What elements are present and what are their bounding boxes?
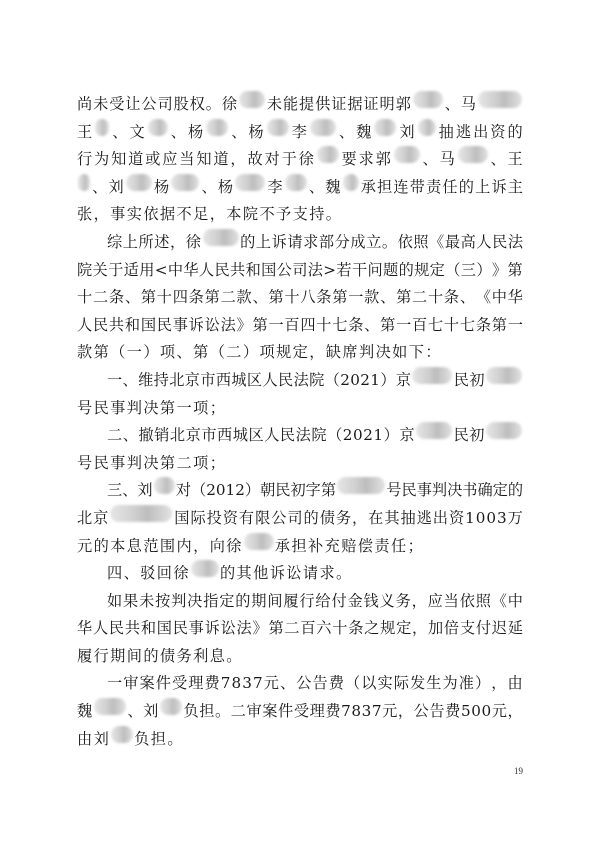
text-char: 民	[278, 367, 293, 395]
redacted-text	[206, 119, 228, 136]
text-char: 撤	[138, 422, 153, 450]
text-char: 理	[310, 698, 325, 726]
text-char: 杨	[218, 174, 233, 202]
text-char: 《	[492, 588, 507, 616]
text-char: 华	[508, 284, 523, 312]
text-char: 定	[219, 588, 234, 616]
text-char: 华	[183, 257, 198, 285]
redacted-text	[154, 477, 175, 494]
text-char: 、	[364, 312, 379, 340]
text-char: 理	[188, 670, 203, 698]
text-char: 3	[497, 505, 507, 533]
text-char: 2	[206, 477, 216, 505]
text-char: 证	[363, 91, 378, 119]
text-char: 十	[332, 615, 347, 643]
text-char: 、	[380, 284, 395, 312]
text-char: 担	[377, 174, 392, 202]
text-char: 0	[486, 505, 496, 533]
text-char: 明	[380, 91, 395, 119]
text-char: 杨	[154, 174, 169, 202]
text-char: 和	[141, 615, 156, 643]
text-char: 十	[157, 284, 172, 312]
redacted-text	[235, 174, 265, 191]
redacted-text	[203, 229, 239, 246]
text-char: 问	[367, 257, 382, 285]
text-char: 条	[109, 284, 124, 312]
redacted-text	[160, 698, 182, 715]
text-char: 市	[200, 367, 215, 395]
text-line: 院关于适用<中华人民共和国公司法>若干问题的规定（三）》第	[77, 257, 523, 285]
text-char: 如	[107, 588, 122, 616]
redacted-text	[110, 505, 172, 522]
text-char: ，	[230, 146, 245, 174]
text-char: 城	[233, 422, 248, 450]
redacted-text	[343, 174, 359, 191]
text-line: 四、驳回徐的其他诉讼请求。	[77, 560, 523, 588]
text-char: 中	[492, 284, 507, 312]
text-char: 出	[433, 505, 448, 533]
text-char: 的	[459, 174, 474, 202]
text-char: 中	[168, 257, 183, 285]
text-char: 徐	[186, 229, 201, 257]
text-char: 5	[461, 698, 471, 726]
text-char: 法	[221, 312, 236, 340]
text-char: 实	[377, 670, 392, 698]
text-char: 一	[107, 367, 122, 395]
text-char: 民	[93, 312, 108, 340]
text-char: 3	[362, 698, 372, 726]
redacted-text	[267, 119, 289, 136]
text-char: 对	[265, 146, 280, 174]
text-char: 条	[316, 284, 331, 312]
text-char: 。	[206, 91, 221, 119]
text-char: 京	[186, 422, 201, 450]
text-char: 诉	[189, 312, 204, 340]
text-char: 一	[268, 312, 283, 340]
text-char: 百	[300, 615, 315, 643]
text-char: 受	[294, 698, 309, 726]
redacted-text	[478, 91, 522, 108]
text-char: 第	[507, 257, 522, 285]
text-char: 国	[157, 615, 172, 643]
text-char: 徐	[299, 146, 314, 174]
text-char: 分	[335, 229, 350, 257]
text-char: 定	[493, 477, 508, 505]
text-line: 三、刘对（2012）朝民初字第号民事判决书确定的	[77, 477, 523, 505]
text-char: 审	[123, 670, 138, 698]
text-segment: 号民事判决第一项；	[77, 395, 226, 423]
text-char: 王	[508, 146, 523, 174]
redacted-text	[458, 146, 488, 163]
text-char: 三	[107, 477, 122, 505]
text-char: 民	[402, 477, 417, 505]
text-char: 尚	[77, 91, 92, 119]
page-number: 19	[514, 766, 523, 776]
text-char: 股	[174, 91, 189, 119]
text-char: 维	[138, 367, 153, 395]
redacted-text	[486, 422, 522, 439]
text-char: 七	[428, 312, 443, 340]
text-char: 一	[107, 670, 122, 698]
text-char: 未	[267, 91, 282, 119]
text-char: >	[323, 257, 336, 285]
text-char: ）	[475, 670, 490, 698]
text-char: 第	[141, 284, 156, 312]
text-char: 《	[476, 284, 491, 312]
text-char: 最	[445, 229, 460, 257]
text-char: 公	[414, 698, 429, 726]
text-char: 二	[412, 284, 427, 312]
text-char: 金	[347, 588, 362, 616]
text-char: 所	[139, 229, 154, 257]
text-char: 民	[214, 257, 229, 285]
text-char: 规	[414, 257, 429, 285]
text-char: 民	[280, 422, 295, 450]
text-char: 一	[396, 312, 411, 340]
text-char: 朝	[260, 477, 275, 505]
text-char: 、	[112, 119, 127, 147]
text-char: 第	[205, 284, 220, 312]
text-line: 一、维持北京市西城区人民法院（2021）京民初	[77, 367, 523, 395]
text-char: 件	[156, 670, 171, 698]
text-char: 逃	[456, 119, 471, 147]
text-char: 资	[223, 505, 238, 533]
text-char: 书	[462, 477, 477, 505]
text-line: 、刘杨、杨李、魏承担连带责任的上诉主	[77, 174, 523, 202]
text-char: 证	[331, 91, 346, 119]
text-char: 8	[231, 670, 241, 698]
text-char: 人	[77, 312, 92, 340]
redacted-text	[148, 119, 168, 136]
text-line: 魏、刘负担。二审案件受理费7837元，公告费500元，	[77, 698, 523, 726]
text-char: 款	[364, 284, 379, 312]
text-char: 加	[428, 615, 443, 643]
text-char: 生	[426, 670, 441, 698]
text-char: 北	[77, 505, 92, 533]
text-char: 文	[129, 119, 144, 147]
text-char: 字	[306, 477, 321, 505]
text-char: 区	[248, 422, 263, 450]
text-char: 共	[230, 257, 245, 285]
text-char: 上	[123, 229, 138, 257]
text-char: 履	[283, 588, 298, 616]
text-char: （	[445, 257, 460, 285]
text-char: 0	[353, 422, 363, 450]
text-line: 人民共和国民事诉讼法》第一百四十七条、第一百七十七条第一	[77, 312, 523, 340]
text-char: 条	[189, 284, 204, 312]
text-char: 1	[373, 422, 383, 450]
text-char: 元	[492, 698, 507, 726]
text-char: 、	[125, 284, 140, 312]
text-char: 十	[444, 312, 459, 340]
text-char: 四	[300, 312, 315, 340]
text-char: 当	[179, 146, 194, 174]
text-char: 际	[190, 505, 205, 533]
text-line: 号民事判决第二项；	[77, 450, 523, 478]
text-line: 王、文、杨、杨李、魏刘抽逃出资的	[77, 119, 523, 147]
text-char: 市	[201, 422, 216, 450]
text-char: 公	[277, 257, 292, 285]
text-char: 京	[399, 422, 414, 450]
text-char: （	[327, 422, 342, 450]
text-char: 魏	[77, 698, 92, 726]
text-line: 十二条、第十四条第二款、第十八条第一款、第二十条、《中华	[77, 284, 523, 312]
text-char: 百	[412, 312, 427, 340]
text-char: 、	[92, 174, 107, 202]
redacted-text	[126, 174, 152, 191]
text-line: 张，事实依据不足，本院不予支持。	[77, 201, 523, 229]
text-char: 西	[217, 422, 232, 450]
text-segment: 负担。	[134, 726, 184, 754]
text-char: 受	[109, 91, 124, 119]
text-char: 的	[508, 477, 523, 505]
text-char: 责	[426, 174, 441, 202]
text-char: 十	[77, 284, 92, 312]
text-char: 持	[154, 367, 169, 395]
text-char: 十	[284, 284, 299, 312]
text-char: 刘	[143, 698, 158, 726]
text-char: 西	[216, 367, 231, 395]
text-char: 郭	[376, 146, 391, 174]
redacted-text	[78, 174, 90, 191]
redacted-text	[244, 533, 274, 550]
text-char: 确	[477, 477, 492, 505]
text-char: 第	[396, 284, 411, 312]
text-segment: 由刘	[77, 726, 110, 754]
text-char: 1	[370, 367, 380, 395]
text-char: 城	[231, 367, 246, 395]
text-char: 2	[363, 422, 373, 450]
redacted-text	[374, 119, 396, 136]
text-char: 十	[316, 312, 331, 340]
text-char: 请	[287, 229, 302, 257]
text-char: 供	[315, 91, 330, 119]
text-char: 京	[396, 367, 411, 395]
text-char: 行	[77, 146, 92, 174]
text-char: 付	[331, 588, 346, 616]
text-char: 故	[247, 146, 262, 174]
text-char: 京	[185, 367, 200, 395]
text-char: 。	[382, 229, 397, 257]
redacted-text	[285, 174, 307, 191]
text-char: 定	[430, 257, 445, 285]
text-char: 于	[108, 257, 123, 285]
text-char: 指	[203, 588, 218, 616]
text-char: 间	[267, 588, 282, 616]
text-line: 尚未受让公司股权。徐未能提供证据证明郭、马	[77, 91, 523, 119]
text-char: 关	[93, 257, 108, 285]
text-char: 三	[461, 257, 476, 285]
text-char: 抽	[400, 505, 415, 533]
text-char: 未	[139, 588, 154, 616]
text-char: 未	[93, 91, 108, 119]
text-char: 共	[125, 615, 140, 643]
text-char: 8	[351, 698, 361, 726]
text-char: 给	[315, 588, 330, 616]
text-char: 民	[454, 422, 469, 450]
text-char: 法	[296, 422, 311, 450]
text-char: 第	[380, 312, 395, 340]
text-char: 3	[242, 670, 252, 698]
text-char: 担	[199, 698, 214, 726]
text-char: 王	[77, 119, 92, 147]
text-char: 任	[442, 174, 457, 202]
text-char: 求	[303, 229, 318, 257]
text-line: 行为知道或应当知道，故对于徐要求郭、马、王	[77, 146, 523, 174]
text-char: 当	[444, 588, 459, 616]
text-line: 一审案件受理费7837元、公告费（以实际发生为准），由	[77, 670, 523, 698]
text-char: 、	[280, 670, 295, 698]
text-char: 法	[237, 615, 252, 643]
text-char: 、	[122, 477, 137, 505]
text-char: 为	[442, 670, 457, 698]
text-char: 十	[428, 284, 443, 312]
text-char: （	[325, 367, 340, 395]
text-char: 司	[292, 257, 307, 285]
text-char: 钱	[364, 588, 379, 616]
text-line: 二、撤销北京市西城区人民法院（2021）京民初	[77, 422, 523, 450]
redacted-text	[171, 174, 199, 191]
text-char: 倍	[444, 615, 459, 643]
text-char: 。	[215, 698, 230, 726]
text-char: 7	[372, 698, 382, 726]
text-char: 负	[183, 698, 198, 726]
text-char: 按	[155, 588, 170, 616]
text-char: 国	[174, 505, 189, 533]
text-char: 债	[320, 505, 335, 533]
text-char: 若	[336, 257, 351, 285]
text-char: 果	[123, 588, 138, 616]
text-char: 2	[343, 422, 353, 450]
text-char: 》	[237, 312, 252, 340]
text-segment: 履行期间的债务利息。	[77, 643, 243, 671]
text-char: 讼	[205, 312, 220, 340]
text-char: 人	[476, 229, 491, 257]
text-char: 用	[139, 257, 154, 285]
text-char: 条	[476, 312, 491, 340]
text-char: 人	[199, 257, 214, 285]
text-char: 事	[189, 615, 204, 643]
text-char: 》	[252, 615, 267, 643]
text-char: 诉	[491, 174, 506, 202]
text-char: ，	[352, 505, 367, 533]
text-char: 法	[508, 229, 523, 257]
text-char: 民	[492, 229, 507, 257]
text-segment: 号民事判决第二项；	[77, 450, 226, 478]
text-char: 带	[410, 174, 425, 202]
text-char: 2	[340, 367, 350, 395]
text-char: ，	[412, 615, 427, 643]
text-char: 二	[107, 422, 122, 450]
text-char: 人	[264, 422, 279, 450]
text-char: 资	[490, 119, 505, 147]
text-char: 院	[309, 367, 324, 395]
text-char: 、	[123, 367, 138, 395]
text-char: 第	[268, 615, 283, 643]
redacted-text	[412, 367, 452, 384]
text-char: 刘	[137, 477, 152, 505]
text-char: 立	[366, 229, 381, 257]
text-char: 李	[292, 119, 307, 147]
text-char: 六	[316, 615, 331, 643]
text-char: 的	[235, 588, 250, 616]
text-char: 让	[125, 91, 140, 119]
text-char: 二	[221, 284, 236, 312]
text-line: 综上所述，徐的上诉请求部分成立。依照《最高人民法	[77, 229, 523, 257]
text-char: 0	[481, 698, 491, 726]
text-char: 马	[461, 91, 476, 119]
text-char: 公	[141, 91, 156, 119]
text-char: 决	[447, 477, 462, 505]
text-char: 道	[213, 146, 228, 174]
text-char: 0	[471, 698, 481, 726]
text-char: 求	[359, 146, 374, 174]
text-char: 一	[348, 284, 363, 312]
text-char: 七	[460, 312, 475, 340]
text-char: 公	[296, 670, 311, 698]
text-char: 、	[423, 146, 438, 174]
text-char: 第	[321, 477, 336, 505]
text-char: 魏	[356, 119, 371, 147]
text-char: 的	[508, 119, 523, 147]
text-char: 院	[77, 257, 92, 285]
text-char: 和	[246, 257, 261, 285]
text-char: 告	[429, 698, 444, 726]
text-char: 百	[284, 312, 299, 340]
text-char: 依	[398, 229, 413, 257]
text-char: 以	[361, 670, 376, 698]
text-char: 刘	[109, 174, 124, 202]
text-char: 2	[235, 477, 245, 505]
text-char: ，	[412, 588, 427, 616]
text-char: 0	[350, 367, 360, 395]
text-char: 郭	[396, 91, 411, 119]
text-char: 决	[187, 588, 202, 616]
text-char: 出	[473, 119, 488, 147]
text-char: 抽	[439, 119, 454, 147]
text-char: ，	[507, 698, 522, 726]
text-char: 、	[309, 174, 324, 202]
text-char: 号	[386, 477, 401, 505]
text-char: 、	[490, 146, 505, 174]
text-char: 投	[207, 505, 222, 533]
redacted-text	[418, 119, 436, 136]
text-char: 国	[141, 312, 156, 340]
text-char: 司	[157, 91, 172, 119]
text-char: 行	[299, 588, 314, 616]
text-char: 0	[216, 477, 226, 505]
text-char: 支	[460, 615, 475, 643]
text-segment: 款第（一）项、第（二）项规定，缺席判决如下：	[77, 339, 442, 367]
text-char: 据	[347, 91, 362, 119]
text-char: 》	[492, 257, 507, 285]
text-char: 为	[94, 146, 109, 174]
text-char: 第	[268, 284, 283, 312]
text-char: 销	[154, 422, 169, 450]
text-char: 务	[336, 505, 351, 533]
text-char: 讼	[221, 615, 236, 643]
text-char: ）	[384, 422, 399, 450]
text-char: 元	[264, 670, 279, 698]
text-char: 共	[109, 312, 124, 340]
text-char: 马	[440, 146, 455, 174]
text-char: 部	[319, 229, 334, 257]
text-line: 北京国际投资有限公司的债务，在其抽逃出资1003万	[77, 505, 523, 533]
text-char: 成	[350, 229, 365, 257]
text-char: 刘	[399, 119, 414, 147]
text-char: 高	[461, 229, 476, 257]
text-char: （	[191, 477, 206, 505]
